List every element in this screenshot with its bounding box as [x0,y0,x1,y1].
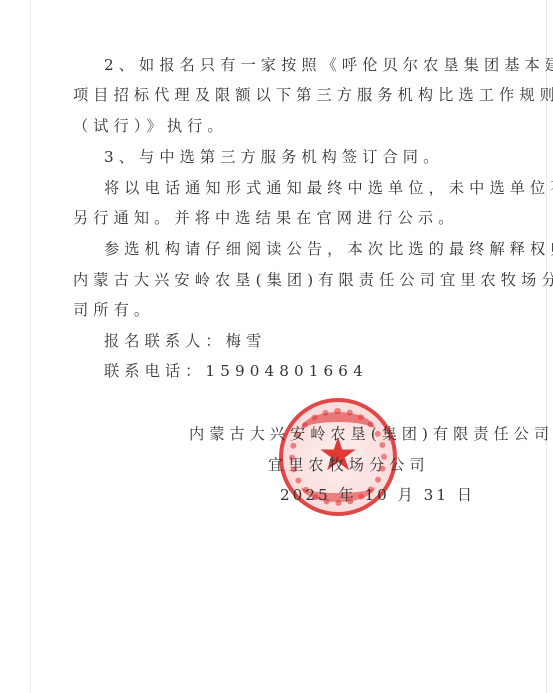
paragraph-item-3-line-1: 3、与中选第三方服务机构签订合同。 [104,147,443,167]
contact-person: 报名联系人：梅雪 [104,331,266,351]
contact-phone: 联系电话：15904801664 [104,361,368,381]
paragraph-notice-line-1: 将以电话通知形式通知最终中选单位，未中选单位不 [104,178,553,198]
paragraph-item-2-line-1: 2、如报名只有一家按照《呼伦贝尔农垦集团基本建设 [104,55,553,75]
signature-org-line-1: 内蒙古大兴安岭农垦(集团)有限责任公司 [189,424,553,444]
paragraph-item-2-line-3: （试行）》执行。 [73,116,228,136]
paragraph-item-2-line-2: 项目招标代理及限额以下第三方服务机构比选工作规则 [73,85,553,105]
paragraph-interpretation-line-3: 司所有。 [73,300,154,320]
signature-org-line-2: 宜里农牧场分公司 [268,455,430,475]
page-edge-left [30,0,31,693]
signature-date: 2025 年 10 月 31 日 [280,485,475,505]
paragraph-notice-line-2: 另行通知。并将中选结果在官网进行公示。 [73,208,458,228]
paragraph-interpretation-line-2: 内蒙古大兴安岭农垦(集团)有限责任公司宜里农牧场分公 [73,270,553,290]
paragraph-interpretation-line-1: 参选机构请仔细阅读公告，本次比选的最终解释权归 [104,239,553,259]
document-page: 2、如报名只有一家按照《呼伦贝尔农垦集团基本建设 项目招标代理及限额以下第三方服… [0,0,553,693]
